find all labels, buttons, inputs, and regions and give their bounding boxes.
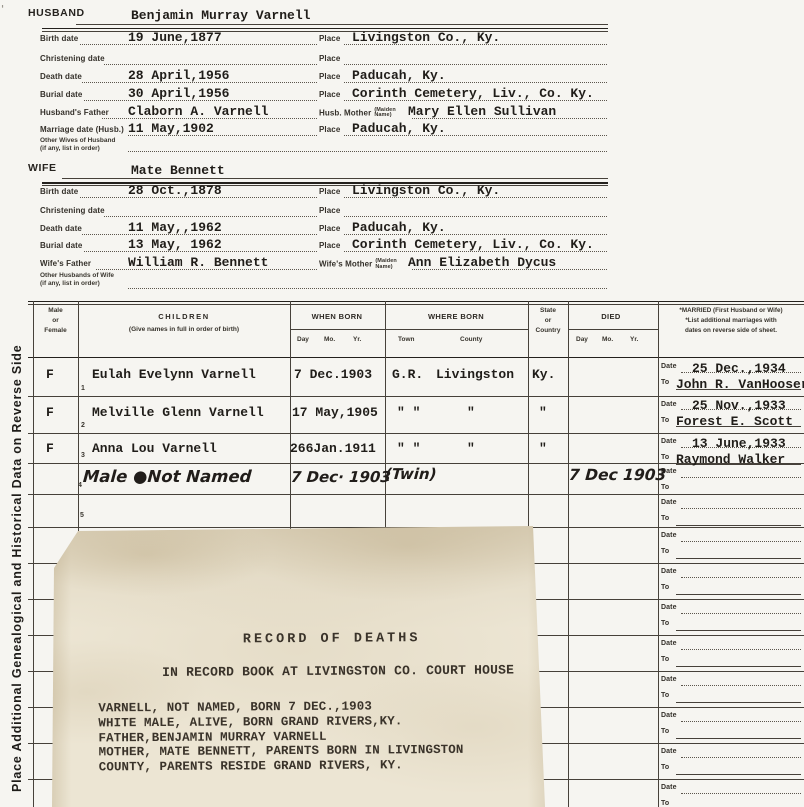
field-label-2-text: Place xyxy=(319,90,340,99)
child-born-date: 17 May,1905 xyxy=(292,405,378,420)
child-married-to: Raymond Walker xyxy=(676,452,785,467)
married-to-rule xyxy=(676,525,801,526)
married-to-rule xyxy=(676,630,801,631)
married-to-label: To xyxy=(661,584,672,591)
table-column-rule xyxy=(33,301,34,807)
field-label-2: Place xyxy=(319,54,343,63)
field-label: Burial date xyxy=(40,90,85,99)
family-group-record-scan: ' Place Additional Genealogical and Hist… xyxy=(0,0,804,807)
married-to-label: To xyxy=(661,515,672,522)
side-margin-caption: Place Additional Genealogical and Histor… xyxy=(10,345,24,793)
field-value: 11 May,,1962 xyxy=(128,220,222,235)
field-label-2-text: Place xyxy=(319,125,340,134)
field-label: Burial date xyxy=(40,241,85,250)
header-when-sub: Mo. xyxy=(324,336,335,343)
child-state: " xyxy=(539,441,547,456)
record-of-deaths-note: RECORD OF DEATHS IN RECORD BOOK AT LIVIN… xyxy=(46,520,548,807)
field-label-2: Place xyxy=(319,90,343,99)
wife-name: Mate Bennett xyxy=(131,163,225,178)
child-born-county: " xyxy=(467,405,475,420)
field-label-2: Place xyxy=(319,34,343,43)
field-value-2: Paducah, Ky. xyxy=(352,68,446,83)
married-date-label: Date xyxy=(661,532,680,539)
header-where-sub: Town xyxy=(398,336,415,343)
husband-double-rule-a xyxy=(42,28,608,30)
field-label: Death date xyxy=(40,224,85,233)
header-died-sub: Day xyxy=(576,336,588,343)
maiden-name-sublabel: (Maiden Name) xyxy=(375,259,409,270)
married-to-rule xyxy=(676,494,801,495)
married-date-rule xyxy=(681,477,801,478)
table-row-rule xyxy=(28,433,804,434)
handwritten-twin-annotation: (Twin) xyxy=(384,465,437,483)
married-to-rule xyxy=(676,666,801,667)
married-date-label: Date xyxy=(661,568,680,575)
married-date-label: Date xyxy=(661,401,680,408)
child-state: Ky. xyxy=(532,367,555,382)
married-to-label: To xyxy=(661,656,672,663)
child-sex: F xyxy=(46,441,54,456)
married-date-rule xyxy=(681,793,801,794)
wife-other-rule xyxy=(128,288,607,289)
header-sex: Female xyxy=(44,327,66,334)
maiden-name-sublabel: (Maiden Name) xyxy=(374,108,408,119)
child-row-number: 2 xyxy=(81,422,85,429)
husband-name-rule xyxy=(76,24,608,25)
married-to-rule xyxy=(676,774,801,775)
handwritten-died-date: 7 Dec 1903 xyxy=(568,466,667,484)
wife-double-rule-b xyxy=(42,185,608,186)
husband-name: Benjamin Murray Varnell xyxy=(131,8,310,23)
header-state: Country xyxy=(536,327,561,334)
child-married-date: 13 June,1933 xyxy=(692,436,786,451)
handwritten-born-date: 7 Dec· 1903 xyxy=(290,468,391,486)
married-date-label: Date xyxy=(661,640,680,647)
wife-section-label: WIFE xyxy=(28,162,57,174)
field-label-2-text: Place xyxy=(319,187,340,196)
married-to-label: To xyxy=(661,484,672,491)
header-sex: or xyxy=(52,317,59,324)
married-to-label: To xyxy=(661,692,672,699)
header-state: State xyxy=(540,307,556,314)
married-to-label: To xyxy=(661,417,672,424)
field-value-2: Livingston Co., Ky. xyxy=(352,30,500,45)
married-date-label: Date xyxy=(661,604,680,611)
note-subtitle: IN RECORD BOOK AT LIVINGSTON CO. COURT H… xyxy=(162,662,514,679)
married-date-label: Date xyxy=(661,363,680,370)
field-label: Christening date xyxy=(40,206,108,215)
married-date-rule xyxy=(681,757,801,758)
field-label: Husband's Father xyxy=(40,108,112,117)
header-where-born: WHERE BORN xyxy=(428,312,484,321)
note-title: RECORD OF DEATHS xyxy=(243,631,421,647)
married-to-label: To xyxy=(661,548,672,555)
married-to-rule xyxy=(676,738,801,739)
child-born-date: 266Jan.1911 xyxy=(290,441,376,456)
field-rule xyxy=(104,216,317,217)
table-top-rule-2 xyxy=(28,304,804,305)
field-label: Death date xyxy=(40,72,85,81)
child-row-number: 1 xyxy=(81,385,85,392)
married-date-rule xyxy=(681,541,801,542)
header-died-sub: Yr. xyxy=(630,336,638,343)
wife-double-rule-a xyxy=(42,182,608,184)
field-label-2-text: Wife's Mother xyxy=(319,260,372,269)
married-date-rule xyxy=(681,721,801,722)
child-row-number: 5 xyxy=(80,512,84,519)
child-born-town: G.R. xyxy=(392,367,423,382)
husband-section-label: HUSBAND xyxy=(28,7,85,19)
married-date-label: Date xyxy=(661,712,680,719)
note-body-line: FATHER,BENJAMIN MURRAY VARNELL xyxy=(98,729,326,745)
married-date-rule xyxy=(681,508,801,509)
child-row-number: 3 xyxy=(81,452,85,459)
note-body-line: MOTHER, MATE BENNETT, PARENTS BORN IN LI… xyxy=(99,743,464,760)
header-died-sub: Mo. xyxy=(602,336,613,343)
married-to-label: To xyxy=(661,379,672,386)
field-value-2: Ann Elizabeth Dycus xyxy=(408,255,556,270)
header-where-sub: County xyxy=(460,336,482,343)
married-date-label: Date xyxy=(661,784,680,791)
field-label-2-text: Place xyxy=(319,72,340,81)
header-sub-rule xyxy=(568,329,658,330)
child-married-date: 25 Nov.,1933 xyxy=(692,398,786,413)
header-sub-rule xyxy=(385,329,528,330)
field-label-2-text: Place xyxy=(319,241,340,250)
header-when-sub: Yr. xyxy=(353,336,361,343)
header-when-sub: Day xyxy=(297,336,309,343)
married-to-label: To xyxy=(661,620,672,627)
table-column-rule xyxy=(658,301,659,807)
field-label-2-text: Place xyxy=(319,224,340,233)
header-children-sub: (Give names in full in order of birth) xyxy=(129,326,239,333)
field-label-2: Husb. Mother(Maiden Name) xyxy=(319,108,411,119)
married-to-label: To xyxy=(661,800,672,807)
field-label: Wife's Father xyxy=(40,259,94,268)
field-label: Marriage date (Husb.) xyxy=(40,125,127,134)
married-date-label: Date xyxy=(661,499,680,506)
field-rule xyxy=(344,64,607,65)
married-date-label: Date xyxy=(661,676,680,683)
field-label-2-text: Place xyxy=(319,54,340,63)
field-value: William R. Bennett xyxy=(128,255,268,270)
child-born-date: 7 Dec.1903 xyxy=(294,367,372,382)
header-died: DIED xyxy=(601,312,621,321)
field-label-2: Place xyxy=(319,206,343,215)
child-married-date: 25 Dec.,1934 xyxy=(692,361,786,376)
married-to-label: To xyxy=(661,454,672,461)
married-to-label: To xyxy=(661,728,672,735)
married-to-label: To xyxy=(661,764,672,771)
married-date-rule xyxy=(681,613,801,614)
married-to-rule xyxy=(676,702,801,703)
field-value: 13 May, 1962 xyxy=(128,237,222,252)
field-value-2: Mary Ellen Sullivan xyxy=(408,104,556,119)
husband-double-rule-b xyxy=(42,31,608,32)
field-label-2-text: Place xyxy=(319,34,340,43)
field-label-2: Place xyxy=(319,72,343,81)
child-married-to: John R. VanHooser xyxy=(676,377,804,392)
note-text-block: RECORD OF DEATHS IN RECORD BOOK AT LIVIN… xyxy=(45,518,549,807)
field-label-2-text: Husb. Mother xyxy=(319,108,371,117)
child-name: Anna Lou Varnell xyxy=(92,441,217,456)
header-sub-rule xyxy=(290,329,385,330)
field-value: 28 Oct.,1878 xyxy=(128,183,222,198)
field-value: 11 May,1902 xyxy=(128,121,214,136)
table-top-rule xyxy=(28,301,804,303)
header-children: CHILDREN xyxy=(158,312,210,321)
field-rule xyxy=(344,216,607,217)
child-name: Melville Glenn Varnell xyxy=(92,405,264,420)
wife-other-label-2: (if any, list in order) xyxy=(40,280,100,287)
wife-name-rule xyxy=(62,178,608,179)
child-born-town: " " xyxy=(397,441,420,456)
field-value-2: Paducah, Ky. xyxy=(352,220,446,235)
header-married: dates on reverse side of sheet. xyxy=(685,327,777,334)
child-name: Eulah Evelynn Varnell xyxy=(92,367,256,382)
field-label-2: Place xyxy=(319,187,343,196)
header-sex: Male xyxy=(48,307,62,314)
field-label-2: Wife's Mother(Maiden Name) xyxy=(319,259,412,270)
note-body-line: COUNTY, PARENTS RESIDE GRAND RIVERS, KY. xyxy=(99,758,403,774)
husband-other-rule xyxy=(128,151,607,152)
child-born-county: Livingston xyxy=(436,367,514,382)
note-body-line: VARNELL, NOT NAMED, BORN 7 DEC.,1903 xyxy=(98,699,372,715)
field-rule xyxy=(104,64,317,65)
married-date-label: Date xyxy=(661,748,680,755)
child-sex: F xyxy=(46,367,54,382)
handwritten-child-name: Male ●Not Named xyxy=(82,467,252,486)
field-label-2: Place xyxy=(319,125,343,134)
table-header-bottom-rule xyxy=(28,357,804,358)
field-value-2: Livingston Co., Ky. xyxy=(352,183,500,198)
field-label-2: Place xyxy=(319,241,343,250)
note-body-line: WHITE MALE, ALIVE, BORN GRAND RIVERS,KY. xyxy=(98,714,402,730)
field-value-2: Paducah, Ky. xyxy=(352,121,446,136)
child-state: " xyxy=(539,405,547,420)
husband-other-label-2: (if any, list in order) xyxy=(40,145,100,152)
child-born-county: " xyxy=(467,441,475,456)
field-value: 28 April,1956 xyxy=(128,68,229,83)
field-value: Claborn A. Varnell xyxy=(128,104,268,119)
header-state: or xyxy=(545,317,552,324)
husband-other-label-1: Other Wives of Husband xyxy=(40,137,115,144)
stray-pencil-mark: ' xyxy=(1,4,4,15)
child-married-to: Forest E. Scott xyxy=(676,414,793,429)
field-label: Birth date xyxy=(40,187,81,196)
field-value: 30 April,1956 xyxy=(128,86,229,101)
field-label-2-text: Place xyxy=(319,206,340,215)
field-value: 19 June,1877 xyxy=(128,30,222,45)
married-to-rule xyxy=(676,558,801,559)
child-sex: F xyxy=(46,405,54,420)
header-married: *List additional marriages with xyxy=(685,317,776,324)
table-row-rule xyxy=(28,396,804,397)
married-date-rule xyxy=(681,649,801,650)
field-label: Christening date xyxy=(40,54,108,63)
married-date-label: Date xyxy=(661,438,680,445)
field-label: Birth date xyxy=(40,34,81,43)
field-label-2: Place xyxy=(319,224,343,233)
married-date-rule xyxy=(681,685,801,686)
wife-other-label-1: Other Husbands of Wife xyxy=(40,272,114,279)
field-value-2: Corinth Cemetery, Liv., Co. Ky. xyxy=(352,237,594,252)
married-to-rule xyxy=(676,594,801,595)
header-married: *MARRIED (First Husband or Wife) xyxy=(679,307,782,314)
field-value-2: Corinth Cemetery, Liv., Co. Ky. xyxy=(352,86,594,101)
child-born-town: " " xyxy=(397,405,420,420)
header-when-born: WHEN BORN xyxy=(312,312,363,321)
married-date-rule xyxy=(681,577,801,578)
table-column-rule xyxy=(568,301,569,807)
